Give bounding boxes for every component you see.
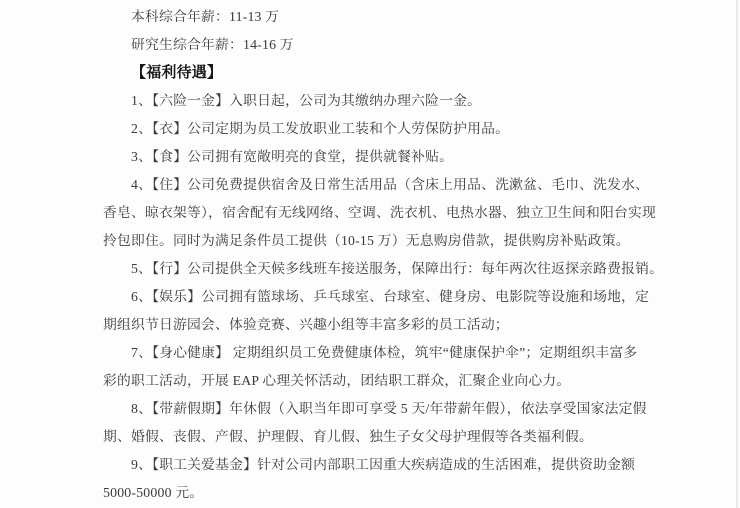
benefits-heading: 【福利待遇】 bbox=[103, 59, 740, 87]
document-page: 本科综合年薪：11-13 万研究生综合年薪：14-16 万【福利待遇】1、【六险… bbox=[0, 0, 740, 508]
benefit-8-paid-leave-line-1: 8、【带薪假期】年休假（入职当年即可享受 5 天/年带薪年假），依法享受国家法定… bbox=[103, 395, 740, 423]
benefit-6-entertainment-line-1: 6、【娱乐】公司拥有篮球场、乒乓球室、台球室、健身房、电影院等设施和场地，定 bbox=[103, 283, 740, 311]
benefit-5-transport: 5、【行】公司提供全天候多线班车接送服务，保障出行：每年两次往返探亲路费报销。 bbox=[103, 255, 740, 283]
benefit-9-care-fund-line-1: 9、【职工关爱基金】针对公司内部职工因重大疾病造成的生活困难，提供资助金额 bbox=[103, 451, 740, 479]
benefit-4-housing-line-2: 香皂、晾衣架等），宿舍配有无线网络、空调、洗衣机、电热水器、独立卫生间和阳台实现 bbox=[103, 199, 740, 227]
benefit-4-housing-line-3: 拎包即住。同时为满足条件员工提供（10-15 万）无息购房借款，提供购房补贴政策… bbox=[103, 227, 740, 255]
page-right-edge bbox=[736, 0, 738, 508]
benefit-3-food: 3、【食】公司拥有宽敞明亮的食堂，提供就餐补贴。 bbox=[103, 143, 740, 171]
benefit-7-health-line-1: 7、【身心健康】 定期组织员工免费健康体检，筑牢“健康保护伞”；定期组织丰富多 bbox=[103, 339, 740, 367]
salary-graduate: 研究生综合年薪：14-16 万 bbox=[103, 31, 740, 59]
benefit-1-insurance: 1、【六险一金】入职日起，公司为其缴纳办理六险一金。 bbox=[103, 87, 740, 115]
benefit-6-entertainment-line-2: 期组织节日游园会、体验竞赛、兴趣小组等丰富多彩的员工活动； bbox=[103, 311, 740, 339]
benefit-9-care-fund-line-2: 5000-50000 元。 bbox=[103, 479, 740, 507]
benefit-2-clothing: 2、【衣】公司定期为员工发放职业工装和个人劳保防护用品。 bbox=[103, 115, 740, 143]
document-text-block: 本科综合年薪：11-13 万研究生综合年薪：14-16 万【福利待遇】1、【六险… bbox=[103, 3, 740, 507]
benefit-4-housing-line-1: 4、【住】公司免费提供宿舍及日常生活用品（含床上用品、洗漱盆、毛巾、洗发水、 bbox=[103, 171, 740, 199]
salary-undergraduate: 本科综合年薪：11-13 万 bbox=[103, 3, 740, 31]
benefit-8-paid-leave-line-2: 期、婚假、丧假、产假、护理假、育儿假、独生子女父母护理假等各类福利假。 bbox=[103, 423, 740, 451]
benefit-7-health-line-2: 彩的职工活动，开展 EAP 心理关怀活动，团结职工群众，汇聚企业向心力。 bbox=[103, 367, 740, 395]
